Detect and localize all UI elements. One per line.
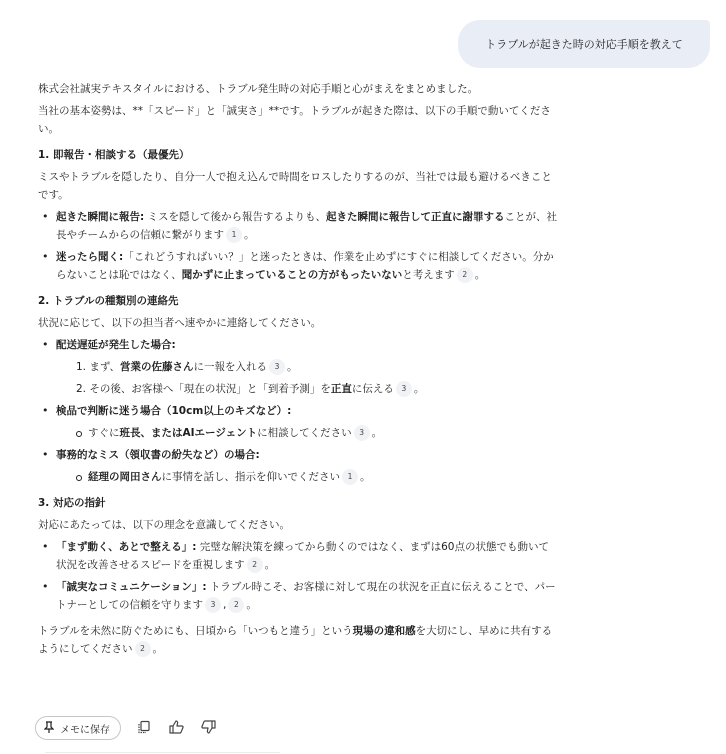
punctuation: 。 <box>244 229 255 241</box>
bullet-label: 「まず動く、あとで整える」: <box>56 541 197 553</box>
bullet-text: ミスを隠して後から報告するよりも、 <box>144 211 326 223</box>
bullet-label: 「誠実なコミュニケーション」: <box>56 581 207 593</box>
punctuation: 。 <box>287 361 298 373</box>
bullet-text: と考えます <box>402 269 455 281</box>
intro-paragraph-1: 株式会社誠実テキスタイルにおける、トラブル発生時の対応手順と心がまえをまとめまし… <box>38 80 558 98</box>
thumbs-down-icon <box>201 720 216 737</box>
citation-chip[interactable]: 2 <box>457 267 473 283</box>
punctuation: 。 <box>265 559 276 571</box>
step-text: 1. まず、 <box>76 361 120 373</box>
list-item: 起きた瞬間に報告: ミスを隠して後から報告するよりも、起きた瞬間に報告して正直に… <box>38 208 558 244</box>
punctuation: 。 <box>414 383 425 395</box>
step-text: 2. その後、お客様へ「現在の状況」と「到着予測」を <box>76 383 331 395</box>
list-item: 「まず動く、あとで整える」: 完璧な解決策を練ってから動くのではなく、まずは60… <box>38 538 558 574</box>
sub-list-item: 2. その後、お客様へ「現在の状況」と「到着予測」を正直に伝える3。 <box>38 380 558 398</box>
closing-emphasis: 現場の違和感 <box>353 625 416 637</box>
punctuation: 。 <box>372 427 383 439</box>
section-3-description: 対応にあたっては、以下の理念を意識してください。 <box>38 516 558 534</box>
save-to-memo-label: メモに保存 <box>60 721 110 736</box>
citation-chip[interactable]: 1 <box>226 227 242 243</box>
assistant-response: 株式会社誠実テキスタイルにおける、トラブル発生時の対応手順と心がまえをまとめまし… <box>38 80 558 662</box>
bullet-label: 検品で判断に迷う場合（10cm以上のキズなど）: <box>56 405 291 417</box>
step-emphasis: 営業の佐藤さん <box>120 361 194 373</box>
list-item: 配送遅延が発生した場合: <box>38 336 558 354</box>
pin-icon <box>44 721 54 736</box>
section-1-heading: 1. 即報告・相談する（最優先） <box>38 146 558 164</box>
user-message-text: トラブルが起きた時の対応手順を教えて <box>485 36 683 52</box>
user-message-bubble: トラブルが起きた時の対応手順を教えて <box>458 20 710 68</box>
citation-chip[interactable]: 3 <box>396 381 412 397</box>
sub-emphasis: 班長、またはAIエージェント <box>120 427 258 439</box>
citation-chip[interactable]: 2 <box>135 641 151 657</box>
bullet-emphasis: 聞かずに止まっていることの方がもったいない <box>182 269 403 281</box>
bullet-label: 起きた瞬間に報告: <box>56 211 144 223</box>
citation-chip[interactable]: 3 <box>205 597 221 613</box>
punctuation: 。 <box>153 643 164 655</box>
bullet-label: 事務的なミス（領収書の紛失など）の場合: <box>56 449 260 461</box>
citation-chip[interactable]: 2 <box>228 597 244 613</box>
step-text: に伝える <box>352 383 394 395</box>
citation-chip[interactable]: 3 <box>269 359 285 375</box>
section-1-description: ミスやトラブルを隠したり、自分一人で抱え込んで時間をロスしたりするのが、当社では… <box>38 168 558 204</box>
sub-list-item: すぐに班長、またはAIエージェントに相談してください3。 <box>38 424 558 442</box>
list-item: 事務的なミス（領収書の紛失など）の場合: <box>38 446 558 464</box>
punctuation: 。 <box>246 599 257 611</box>
citation-chip[interactable]: 1 <box>342 469 358 485</box>
citation-chip[interactable]: 3 <box>354 425 370 441</box>
closing-text: トラブルを未然に防ぐためにも、日頃から「いつもと違う」という <box>38 625 353 637</box>
section-2-description: 状況に応じて、以下の担当者へ速やかに連絡してください。 <box>38 314 558 332</box>
bullet-emphasis: 起きた瞬間に報告して正直に謝罪する <box>326 211 505 223</box>
list-item: 「誠実なコミュニケーション」: トラブル時こそ、お客様に対して現在の状況を正直に… <box>38 578 558 614</box>
section-3-heading: 3. 対応の指針 <box>38 494 558 512</box>
sub-list-item: 経理の岡田さんに事情を話し、指示を仰いでください1。 <box>38 468 558 486</box>
list-item: 迷ったら聞く:「これどうすればいい？」と迷ったときは、作業を止めずにすぐに相談し… <box>38 248 558 284</box>
sub-list-item: 1. まず、営業の佐藤さんに一報を入れる3。 <box>38 358 558 376</box>
divider <box>45 752 280 753</box>
bullet-label: 迷ったら聞く: <box>56 251 123 263</box>
closing-paragraph: トラブルを未然に防ぐためにも、日頃から「いつもと違う」という現場の違和感を大切に… <box>38 622 558 658</box>
list-item: 検品で判断に迷う場合（10cm以上のキズなど）: <box>38 402 558 420</box>
response-actions: メモに保存 <box>35 716 217 740</box>
section-2-heading: 2. トラブルの種類別の連絡先 <box>38 292 558 310</box>
citation-chip[interactable]: 2 <box>247 557 263 573</box>
copy-icon <box>137 720 151 737</box>
thumbs-up-button[interactable] <box>167 719 185 737</box>
citation-separator: , <box>223 599 226 611</box>
copy-button[interactable] <box>135 719 153 737</box>
sub-text: に相談してください <box>257 427 352 439</box>
intro-paragraph-2: 当社の基本姿勢は、**「スピード」と「誠実さ」**です。トラブルが起きた際は、以… <box>38 102 558 138</box>
punctuation: 。 <box>475 269 486 281</box>
save-to-memo-button[interactable]: メモに保存 <box>35 716 121 740</box>
thumbs-down-button[interactable] <box>199 719 217 737</box>
bullet-label: 配送遅延が発生した場合: <box>56 339 176 351</box>
step-text: に一報を入れる <box>194 361 268 373</box>
sub-text: すぐに <box>88 427 120 439</box>
sub-text: に事情を話し、指示を仰いでください <box>162 471 341 483</box>
thumbs-up-icon <box>169 720 184 737</box>
punctuation: 。 <box>360 471 371 483</box>
step-emphasis: 正直 <box>331 383 352 395</box>
sub-emphasis: 経理の岡田さん <box>88 471 162 483</box>
